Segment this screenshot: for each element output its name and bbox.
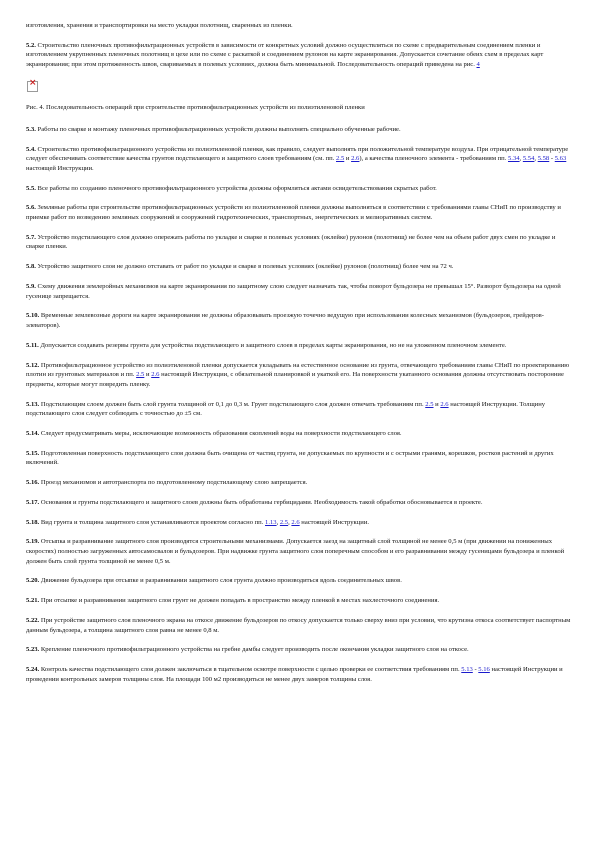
paragraph-5-22: 5.22. При устройстве защитного слоя плен…: [26, 616, 574, 635]
paragraph-5-15: 5.15. Подготовленная поверхность подстил…: [26, 449, 574, 468]
paragraph-5-17: 5.17. Основания и грунты подстилающего и…: [26, 498, 574, 508]
link-2-6[interactable]: 2.6: [440, 401, 448, 408]
paragraph-5-23: 5.23. Крепление пленочного противофильтр…: [26, 645, 574, 655]
paragraph-5-20: 5.20. Движение бульдозера при отсыпке и …: [26, 576, 574, 586]
link-5-34[interactable]: 5.34: [508, 155, 520, 162]
link-5-13[interactable]: 5.13: [461, 666, 473, 673]
link-5-58[interactable]: 5.58: [538, 155, 550, 162]
paragraph-5-21: 5.21. При отсыпке и разравнивании защитн…: [26, 596, 574, 606]
paragraph-5-24: 5.24. Контроль качества подстилающего сл…: [26, 665, 574, 684]
paragraph-5-11: 5.11. Допускается создавать резервы грун…: [26, 341, 574, 351]
link-2-6[interactable]: 2.6: [291, 519, 299, 526]
paragraph-5-16: 5.16. Проезд механизмов и автотранспорта…: [26, 478, 574, 488]
figure-caption: Рис. 4. Последовательность операций при …: [26, 103, 574, 113]
paragraph-5-13: 5.13. Подстилающим слоем должен быть сло…: [26, 400, 574, 419]
paragraph-5-7: 5.7. Устройство подстилающего слоя должн…: [26, 233, 574, 252]
link-2-5[interactable]: 2.5: [336, 155, 344, 162]
paragraph-5-4: 5.4. Строительство противофильтрационног…: [26, 145, 574, 174]
paragraph-5-12: 5.12. Противофильтрационное устройство и…: [26, 361, 574, 390]
link-1-13[interactable]: 1.13: [265, 519, 277, 526]
link-figure-4[interactable]: 4: [477, 61, 480, 68]
intro-tail: изготовления, хранения и транспортировки…: [26, 21, 574, 31]
link-2-5[interactable]: 2.5: [280, 519, 288, 526]
link-5-63[interactable]: 5.63: [555, 155, 567, 162]
broken-image-icon: [27, 81, 38, 92]
paragraph-number: 5.2.: [26, 42, 36, 49]
figure-4: Рис. 4. Последовательность операций при …: [26, 80, 574, 113]
paragraph-5-18: 5.18. Вид грунта и толщина защитного сло…: [26, 518, 574, 528]
paragraph-5-19: 5.19. Отсыпка и разравнивание защитного …: [26, 537, 574, 566]
link-5-16[interactable]: 5.16: [478, 666, 490, 673]
paragraph-5-2: 5.2. Строительство пленочных противофиль…: [26, 41, 574, 70]
paragraph-5-6: 5.6. Земляные работы при строительстве п…: [26, 203, 574, 222]
paragraph-5-14: 5.14. Следует предусматривать меры, искл…: [26, 429, 574, 439]
paragraph-5-9: 5.9. Схему движения землеройных механизм…: [26, 282, 574, 301]
link-2-5[interactable]: 2.5: [425, 401, 433, 408]
paragraph-5-3: 5.3. Работы по сварке и монтажу пленочны…: [26, 125, 574, 135]
paragraph-5-8: 5.8. Устройство защитного слоя не должно…: [26, 262, 574, 272]
paragraph-5-10: 5.10. Временные землевозные дороги на ка…: [26, 311, 574, 330]
document-page: изготовления, хранения и транспортировки…: [26, 21, 574, 694]
link-5-54[interactable]: 5.54: [523, 155, 535, 162]
paragraph-5-5: 5.5. Все работы по созданию пленочного п…: [26, 184, 574, 194]
